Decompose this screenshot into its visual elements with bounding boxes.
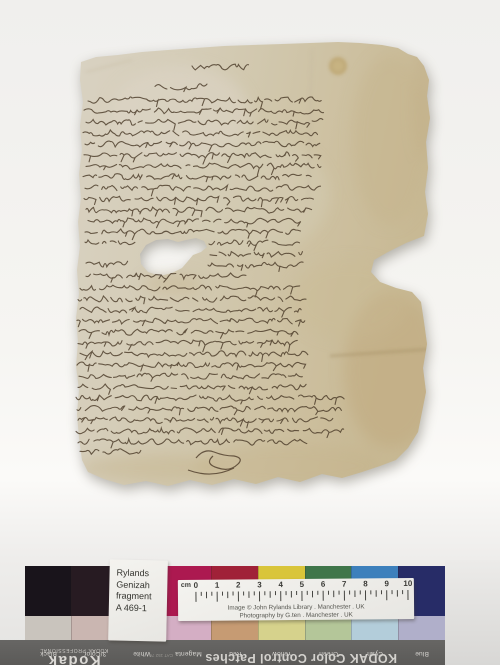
ruler-number-5: 5 [300, 580, 305, 589]
ruler-number-4: 4 [278, 580, 283, 589]
shelfmark-line: Rylands [116, 568, 167, 581]
kodak-logo: Kodak KODAK PROFESSIONAL [28, 645, 120, 665]
manuscript-fragment [0, 0, 500, 560]
backdrop-gray-area [445, 560, 500, 665]
kodak-professional-text: KODAK PROFESSIONAL [28, 647, 120, 653]
patch-pastel-blue [398, 616, 445, 640]
patch-pastel-black [25, 616, 71, 640]
ruler-number-7: 7 [342, 580, 347, 589]
shelfmark-line: fragment [116, 591, 167, 604]
ruler-tick-marks [178, 589, 414, 604]
photography-credit-line: Photography by G.ten . Manchester . UK [178, 610, 414, 619]
ruler-unit-label: cm [181, 582, 191, 589]
kodak-card-title: KODAK Color Control Patches [165, 651, 437, 665]
patch-black [25, 566, 71, 616]
shelfmark-line: A 469-1 [116, 602, 167, 615]
ruler-number-6: 6 [321, 580, 326, 589]
patch-pastel-cyan [351, 616, 398, 640]
photo-page: Black3/ColorWhiteMagentaRedYellowGreenCy… [0, 0, 500, 665]
ruler-number-9: 9 [384, 579, 389, 588]
kodak-logo-text: Kodak [28, 653, 120, 665]
ruler-number-10: 10 [403, 579, 412, 588]
patch-label-cell: White [118, 642, 165, 652]
ruler-number-1: 1 [215, 581, 220, 590]
ruler-number-8: 8 [363, 579, 368, 588]
ruler-number-0: 0 [194, 581, 199, 590]
shelfmark-label: Rylands Genizah fragment A 469-1 [108, 559, 168, 641]
ruler-number-2: 2 [236, 580, 241, 589]
ruler-number-3: 3 [257, 580, 262, 589]
scale-ruler-card: cm 012345678910 Image © John Rylands Lib… [178, 578, 414, 621]
kodak-catalog-number: CAT 152 7654 [149, 653, 173, 658]
